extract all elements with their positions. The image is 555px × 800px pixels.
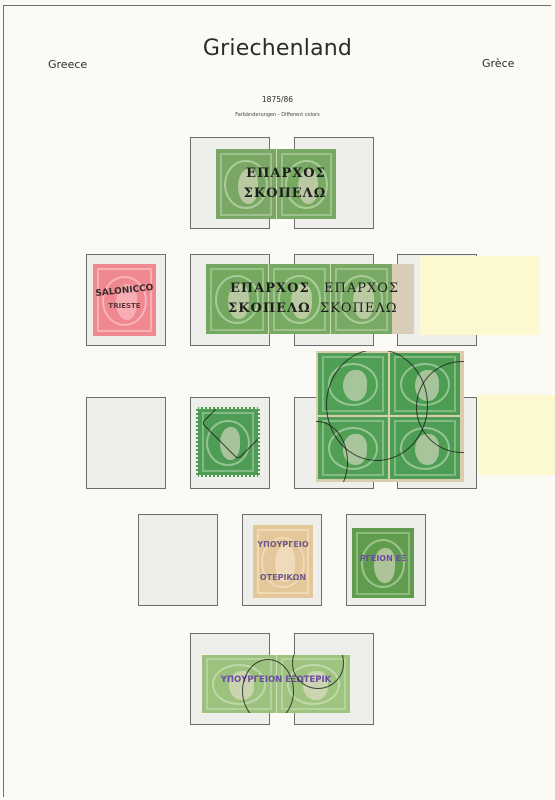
stamp-green-purple-overprint[interactable]: ΡΓΕΙΟΝ ΕΞ <box>352 528 414 598</box>
stamp-pair-overprint[interactable]: ΕΠΑΡΧΟΣ ΣΚΟΠΕΛΩ <box>216 149 336 219</box>
overprint-line: ΡΓΕΙΟΝ ΕΞ <box>352 554 414 563</box>
overprint-line: ΕΠΑΡΧΟΣ <box>324 281 399 296</box>
note-paper <box>478 395 555 475</box>
issue-years: 1875/86 <box>0 95 555 104</box>
overprint-line: ΕΠΑΡΧΟΣ <box>230 281 310 296</box>
overprint-line: ΣΚΟΠΕΛΩ <box>234 186 336 201</box>
stamp-block-of-four[interactable] <box>316 351 464 482</box>
overprint-line: ΥΠΟΥΡΓΕΙΟ <box>253 540 313 549</box>
overprint-line: ΕΠΑΡΧΟΣ <box>236 166 336 181</box>
stamp-mount <box>86 397 166 489</box>
postmark-text: TRIESTE <box>93 302 156 310</box>
stamp-pair-purple-overprint[interactable]: ΥΠΟΥΡΓΕΙΟΝ ΕΞΩΤΕΡΙΚ <box>202 655 350 713</box>
stamp-rose[interactable]: SALONICCO TRIESTE <box>93 264 156 336</box>
note-paper <box>420 256 540 335</box>
stamp-strip-overprint[interactable]: ΕΠΑΡΧΟΣ ΣΚΟΠΕΛΩ ΕΠΑΡΧΟΣ ΣΚΟΠΕΛΩ <box>206 264 414 334</box>
overprint-line: ΣΚΟΠΕΛΩ <box>228 301 311 316</box>
stamp-mount-empty <box>138 514 218 606</box>
overprint-line: ΟΤΕΡΙΚΩΝ <box>253 573 313 582</box>
country-label-english: Greece <box>48 58 87 71</box>
overprint-line: ΣΚΟΠΕΛΩ <box>320 301 398 316</box>
stamp-buff-overprint[interactable]: ΥΠΟΥΡΓΕΙΟ ΟΤΕΡΙΚΩΝ <box>253 525 313 598</box>
country-label-french: Grèce <box>482 57 514 70</box>
stamp-perforated-green[interactable] <box>196 407 260 477</box>
section-subtitle: Farbänderungen - Different colors <box>0 112 555 118</box>
